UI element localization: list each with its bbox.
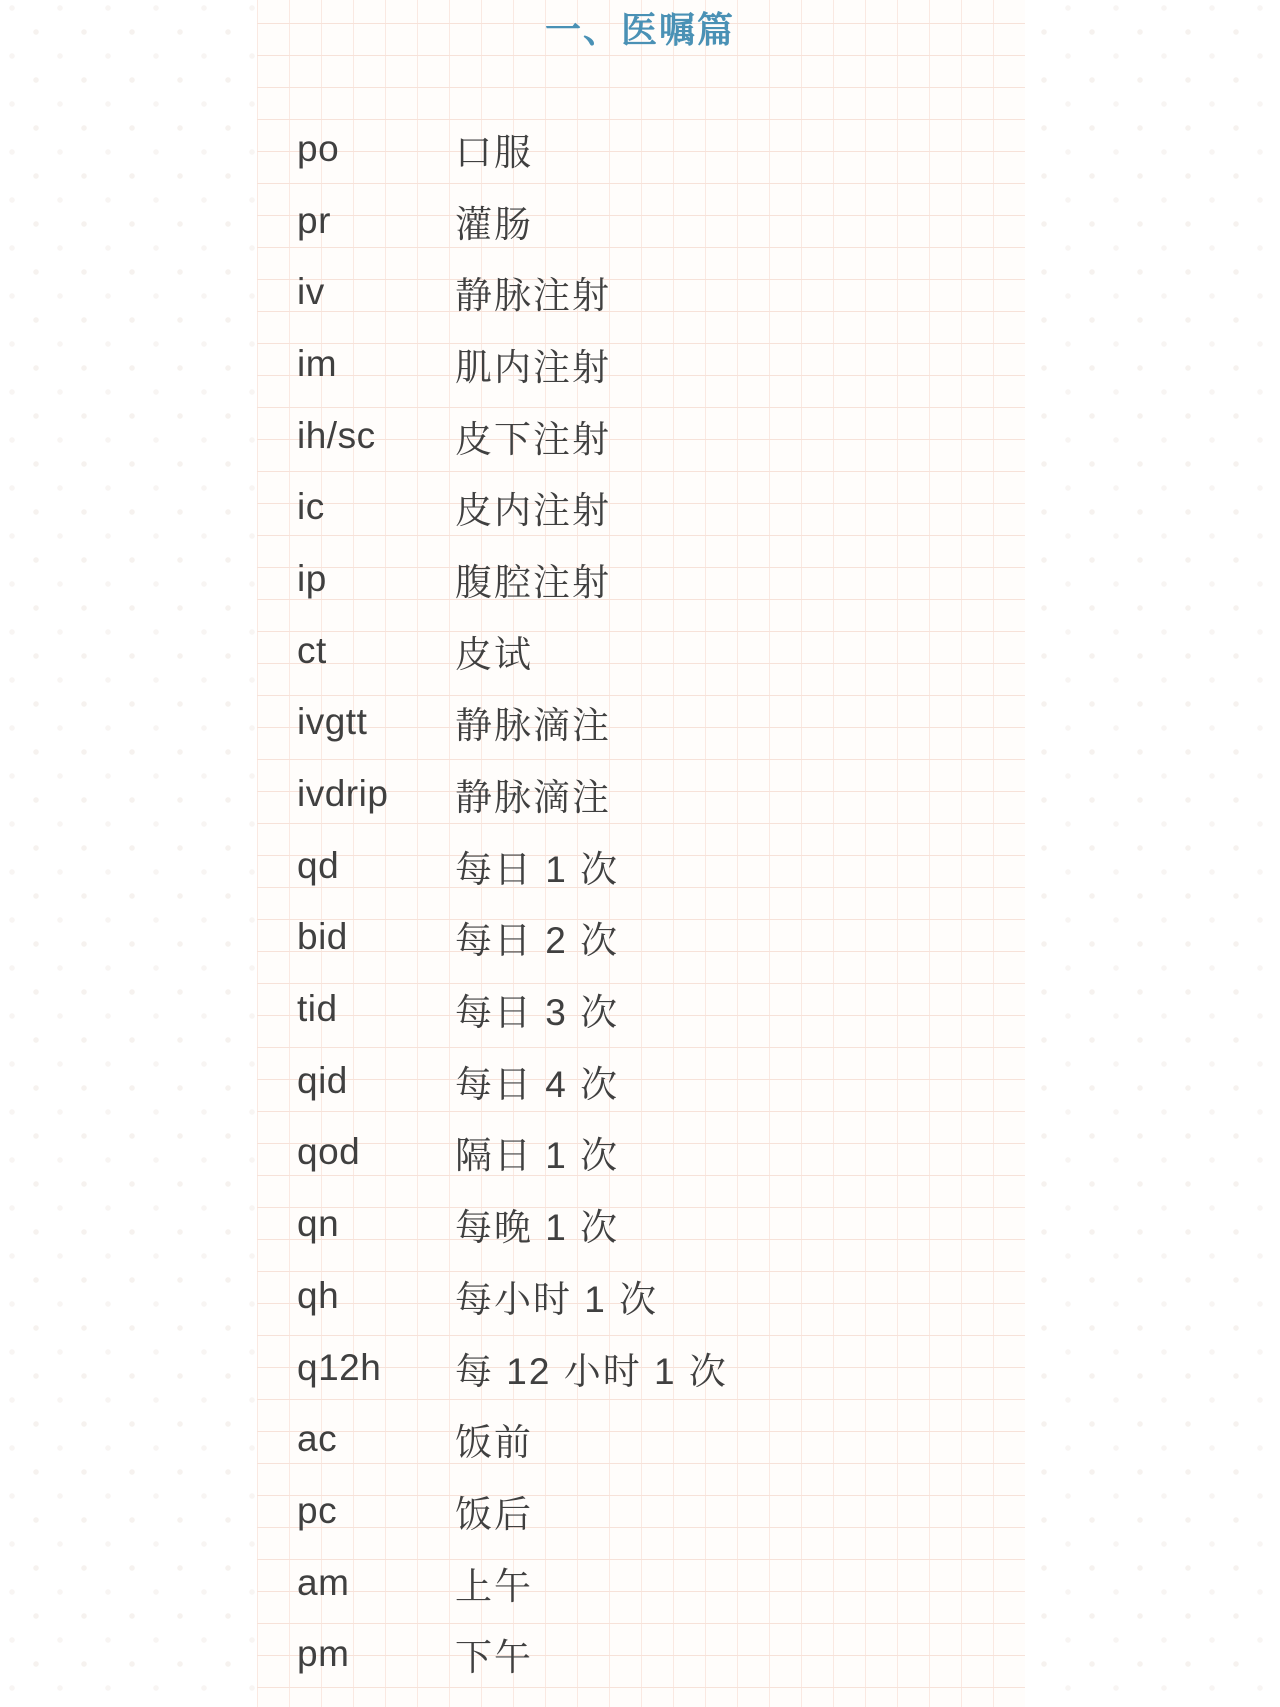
abbr-cell: qn — [297, 1203, 455, 1245]
abbr-cell: po — [297, 128, 455, 170]
meaning-cell: 饭前 — [455, 1412, 533, 1466]
abbr-cell: bid — [297, 916, 455, 958]
abbr-cell: im — [297, 343, 455, 385]
abbr-cell: qd — [297, 845, 455, 887]
meaning-cell: 灌肠 — [455, 194, 533, 248]
abbr-cell: ih/sc — [297, 415, 455, 457]
meaning-cell: 每日 2 次 — [455, 910, 619, 964]
table-row: pm 下午 — [297, 1618, 1017, 1690]
meaning-cell: 每日 1 次 — [455, 839, 619, 893]
meaning-cell: 肌内注射 — [455, 337, 611, 391]
meaning-cell: 下午 — [455, 1627, 533, 1681]
table-row: ivdrip 静脉滴注 — [297, 758, 1017, 830]
table-row: pr 灌肠 — [297, 185, 1017, 257]
meaning-cell: 皮试 — [455, 624, 533, 678]
abbr-cell: iv — [297, 271, 455, 313]
table-row: ip 腹腔注射 — [297, 543, 1017, 615]
abbr-cell: ic — [297, 486, 455, 528]
meaning-cell: 腹腔注射 — [455, 552, 611, 606]
table-row: qn 每晚 1 次 — [297, 1188, 1017, 1260]
table-row: q12h 每 12 小时 1 次 — [297, 1332, 1017, 1404]
table-row: ic 皮内注射 — [297, 471, 1017, 543]
page-title: 一、医嘱篇 — [0, 10, 1280, 50]
abbr-cell: qod — [297, 1131, 455, 1173]
table-row: qh 每小时 1 次 — [297, 1260, 1017, 1332]
abbr-cell: ivgtt — [297, 701, 455, 743]
abbr-cell: ip — [297, 558, 455, 600]
table-row: qid 每日 4 次 — [297, 1045, 1017, 1117]
table-row: qod 隔日 1 次 — [297, 1117, 1017, 1189]
meaning-cell: 静脉滴注 — [455, 767, 611, 821]
abbr-cell: ac — [297, 1418, 455, 1460]
meaning-cell: 每晚 1 次 — [455, 1197, 619, 1251]
abbr-cell: qid — [297, 1060, 455, 1102]
meaning-cell: 静脉滴注 — [455, 695, 611, 749]
abbr-cell: ivdrip — [297, 773, 455, 815]
abbr-cell: am — [297, 1562, 455, 1604]
abbr-cell: tid — [297, 988, 455, 1030]
abbreviation-list: po 口服 pr 灌肠 iv 静脉注射 im 肌内注射 ih/sc 皮下注射 i… — [297, 113, 1017, 1690]
abbr-cell: qh — [297, 1275, 455, 1317]
table-row: ivgtt 静脉滴注 — [297, 687, 1017, 759]
table-row: qd 每日 1 次 — [297, 830, 1017, 902]
meaning-cell: 口服 — [455, 122, 533, 176]
meaning-cell: 皮内注射 — [455, 480, 611, 534]
abbr-cell: pm — [297, 1633, 455, 1675]
meaning-cell: 上午 — [455, 1556, 533, 1610]
table-row: pc 饭后 — [297, 1475, 1017, 1547]
meaning-cell: 皮下注射 — [455, 409, 611, 463]
meaning-cell: 每小时 1 次 — [455, 1269, 658, 1323]
table-row: tid 每日 3 次 — [297, 973, 1017, 1045]
meaning-cell: 每 12 小时 1 次 — [455, 1341, 728, 1395]
abbr-cell: pc — [297, 1490, 455, 1532]
meaning-cell: 静脉注射 — [455, 265, 611, 319]
table-row: im 肌内注射 — [297, 328, 1017, 400]
meaning-cell: 每日 4 次 — [455, 1054, 619, 1108]
meaning-cell: 隔日 1 次 — [455, 1125, 619, 1179]
table-row: ih/sc 皮下注射 — [297, 400, 1017, 472]
table-row: iv 静脉注射 — [297, 256, 1017, 328]
meaning-cell: 每日 3 次 — [455, 982, 619, 1036]
abbr-cell: q12h — [297, 1347, 455, 1389]
meaning-cell: 饭后 — [455, 1484, 533, 1538]
table-row: ac 饭前 — [297, 1403, 1017, 1475]
table-row: po 口服 — [297, 113, 1017, 185]
table-row: am 上午 — [297, 1547, 1017, 1619]
abbr-cell: pr — [297, 200, 455, 242]
abbr-cell: ct — [297, 630, 455, 672]
table-row: ct 皮试 — [297, 615, 1017, 687]
table-row: bid 每日 2 次 — [297, 902, 1017, 974]
